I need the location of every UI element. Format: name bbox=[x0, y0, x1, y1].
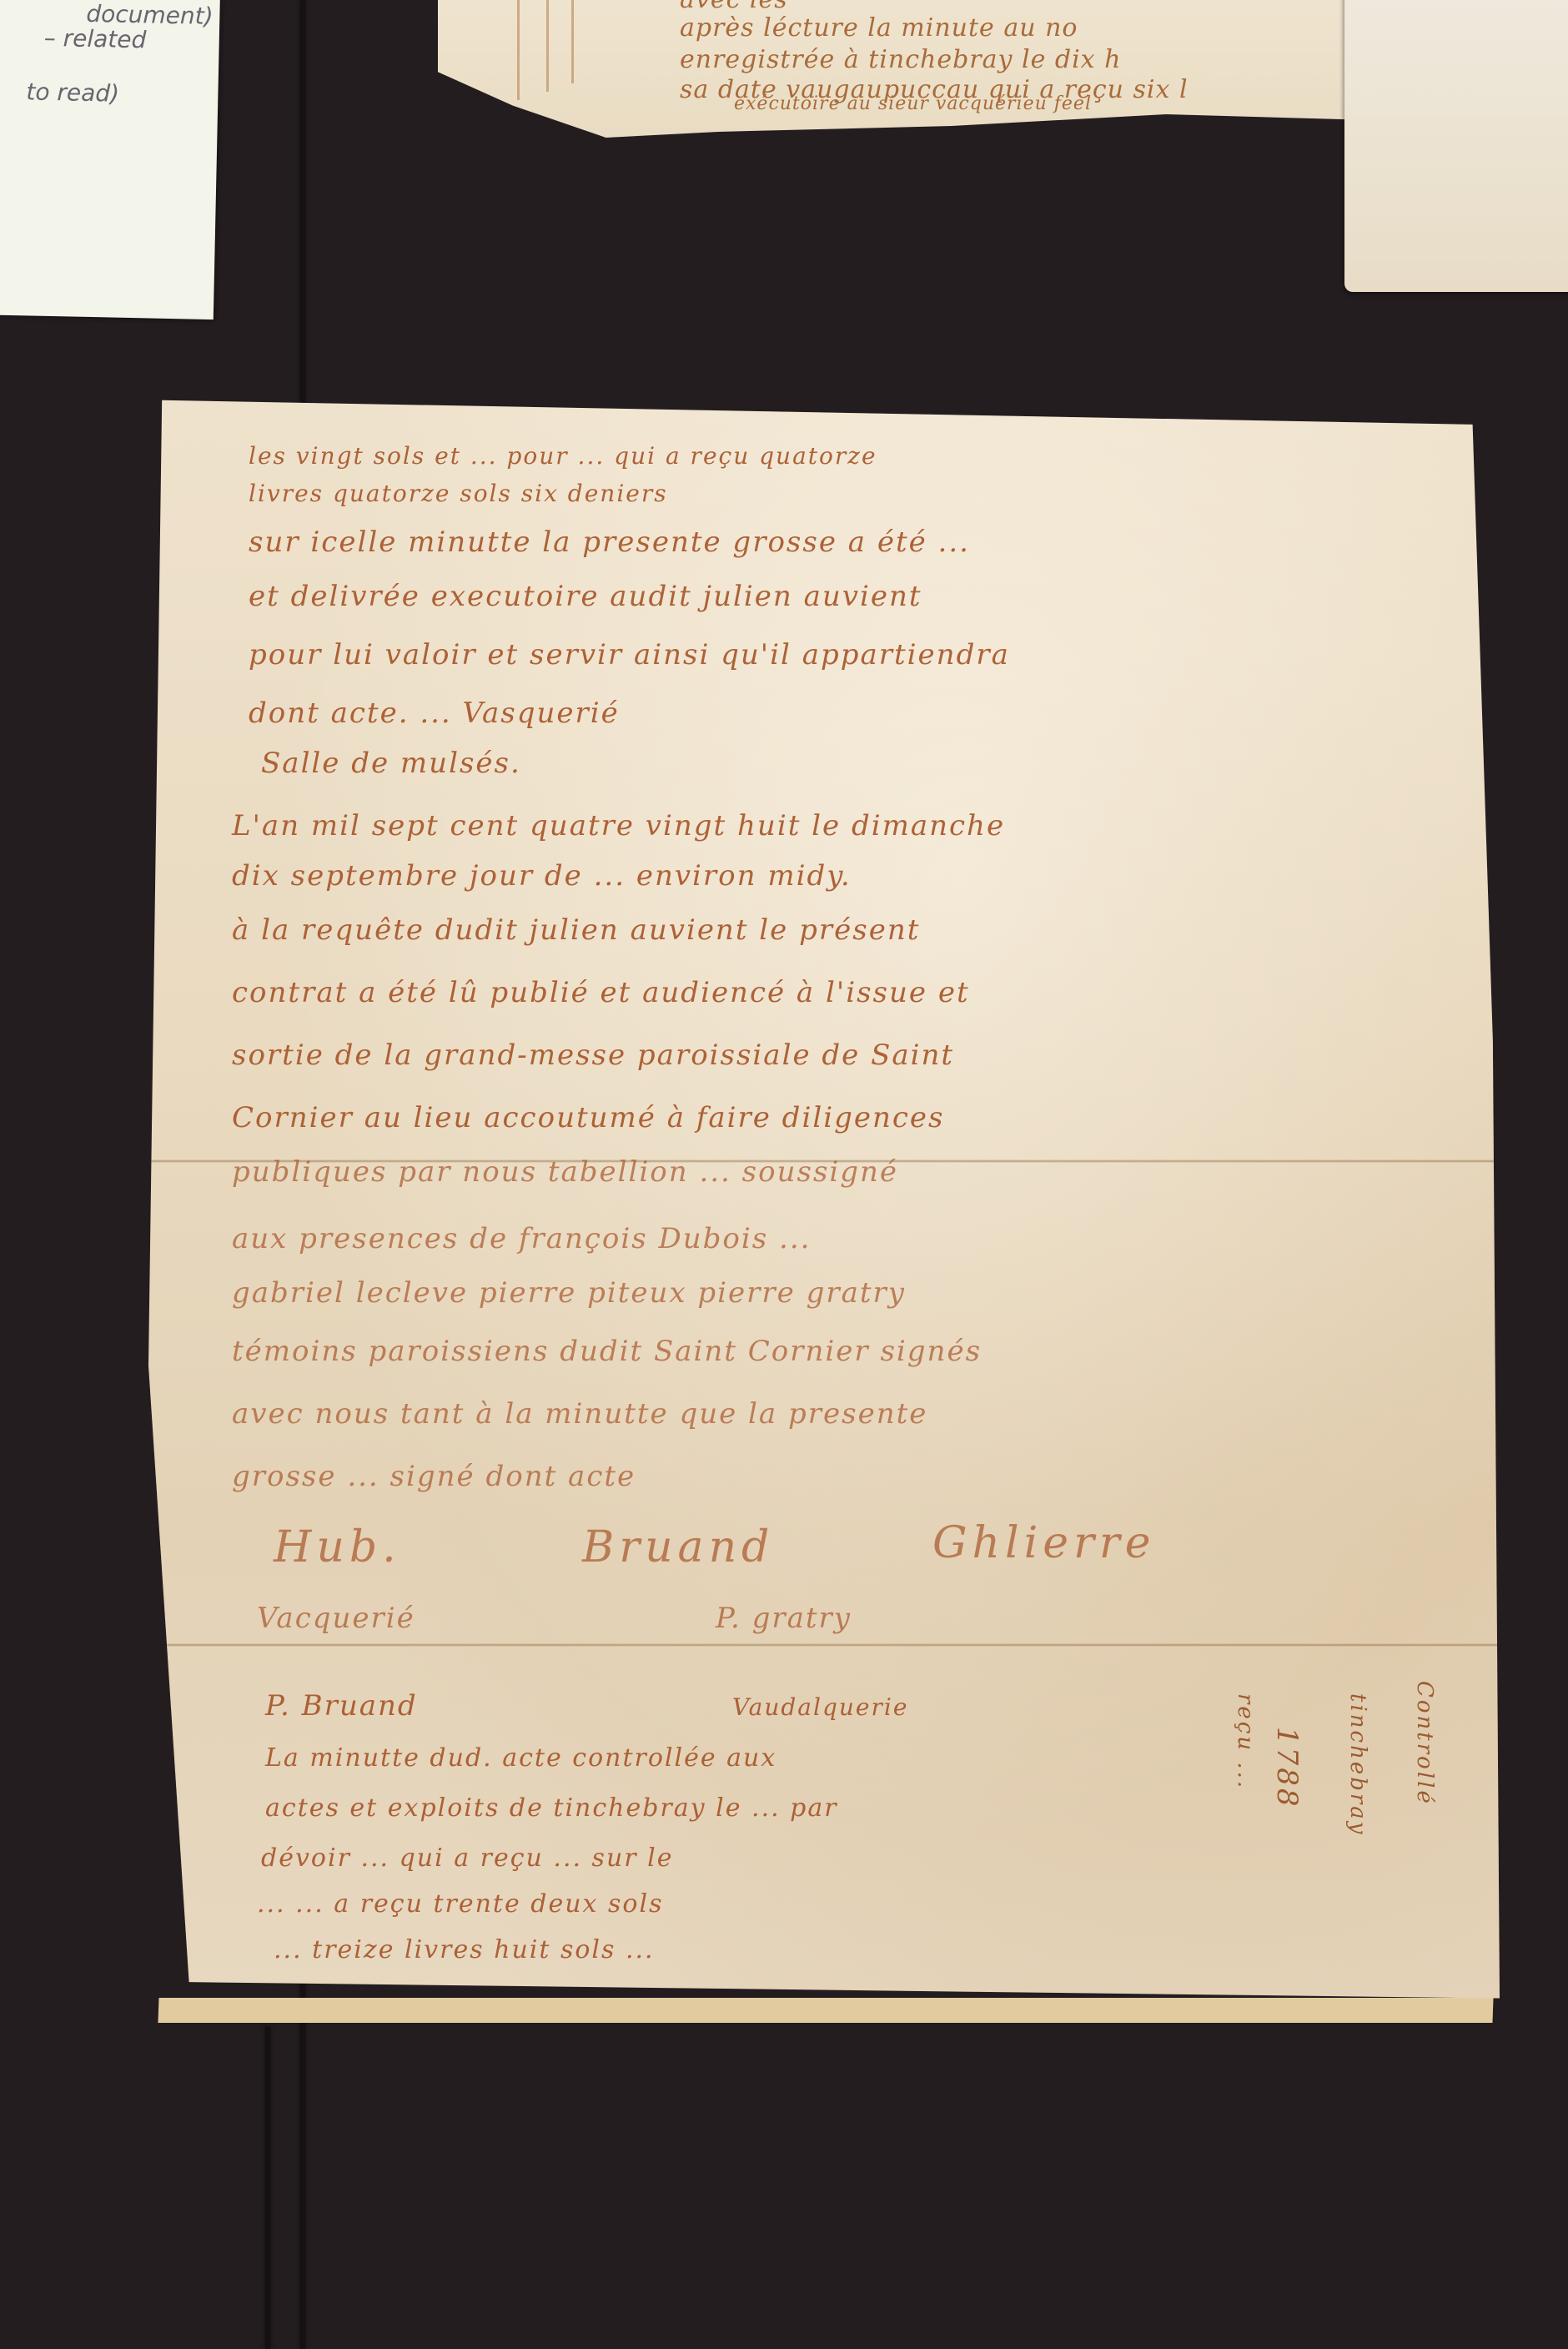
manuscript-line: Salle de mulsés. bbox=[261, 747, 521, 780]
fragment-margin-writing bbox=[571, 0, 574, 83]
sticky-note-line: to read) bbox=[26, 78, 119, 107]
blank-sheet bbox=[1344, 0, 1568, 292]
torn-document-fragment: avec les après lécture la minute au no e… bbox=[438, 0, 1372, 138]
fragment-text-line: exécutoire au sieur vacquérieu feel bbox=[734, 93, 1092, 114]
manuscript-line: La minutte dud. acte controllée aux bbox=[265, 1743, 776, 1773]
margin-note: 1788 bbox=[1270, 1727, 1304, 1809]
sticky-note-line: – related bbox=[43, 24, 146, 54]
signature: Hub. bbox=[274, 1522, 401, 1572]
fold-crease bbox=[148, 1643, 1500, 1647]
manuscript-line: à la requête dudit julien auvient le pré… bbox=[232, 913, 920, 947]
manuscript-line: sur icelle minutte la presente grosse a … bbox=[249, 526, 970, 559]
margin-note: Controllé bbox=[1412, 1681, 1437, 1806]
manuscript-line: pour lui valoir et servir ainsi qu'il ap… bbox=[249, 638, 1010, 672]
signature: Vacquerié bbox=[257, 1602, 415, 1635]
signature: P. Bruand bbox=[265, 1689, 418, 1723]
manuscript-line: ... ... a reçu trente deux sols bbox=[257, 1889, 663, 1919]
manuscript-line: dévoir ... qui a reçu ... sur le bbox=[261, 1843, 674, 1873]
display-panel-seam bbox=[265, 2027, 270, 2349]
fragment-text-line: enregistrée à tinchebray le dix h bbox=[680, 45, 1121, 74]
manuscript-line: L'an mil sept cent quatre vingt huit le … bbox=[232, 809, 1005, 843]
manuscript-line: sortie de la grand-messe paroissiale de … bbox=[232, 1039, 954, 1072]
manuscript-line: témoins paroissiens dudit Saint Cornier … bbox=[232, 1335, 982, 1368]
signature: Ghlierre bbox=[932, 1518, 1156, 1568]
manuscript-line: actes et exploits de tinchebray le ... p… bbox=[265, 1793, 838, 1823]
manuscript-line: publiques par nous tabellion ... soussig… bbox=[232, 1155, 898, 1189]
manuscript-line: contrat a été lû publié et audiencé à l'… bbox=[232, 976, 970, 1009]
manuscript-line: Cornier au lieu accoutumé à faire dilige… bbox=[232, 1101, 944, 1134]
manuscript-line: dix septembre jour de ... environ midy. bbox=[232, 859, 852, 893]
folded-edge bbox=[158, 1998, 1493, 2023]
margin-note: reçu ... bbox=[1233, 1693, 1258, 1790]
margin-note: tinchebray bbox=[1345, 1693, 1370, 1836]
manuscript-line: avec nous tant à la minutte que la prese… bbox=[232, 1397, 927, 1431]
signature: P. gratry bbox=[716, 1602, 852, 1635]
manuscript-line: aux presences de françois Dubois ... bbox=[232, 1222, 811, 1255]
manuscript-line: gabriel lecleve pierre piteux pierre gra… bbox=[232, 1276, 906, 1310]
manuscript-page: les vingt sols et ... pour ... qui a reç… bbox=[148, 392, 1500, 2015]
manuscript-line: et delivrée executoire audit julien auvi… bbox=[249, 580, 922, 613]
fragment-margin-writing bbox=[517, 0, 520, 100]
manuscript-line: les vingt sols et ... pour ... qui a reç… bbox=[249, 442, 877, 470]
manuscript-line: livres quatorze sols six deniers bbox=[249, 480, 668, 507]
manuscript-line: dont acte. ... Vasquerié bbox=[249, 697, 620, 730]
sticky-note: document) – related to read) bbox=[0, 0, 220, 319]
signature: Vaudalquerie bbox=[732, 1693, 908, 1721]
fragment-text-line: avec les bbox=[680, 0, 788, 14]
fragment-margin-writing bbox=[546, 0, 549, 92]
fragment-text-line: après lécture la minute au no bbox=[680, 13, 1078, 43]
manuscript-line: grosse ... signé dont acte bbox=[232, 1460, 636, 1493]
signature: Bruand bbox=[582, 1522, 774, 1572]
manuscript-line: ... treize livres huit sols ... bbox=[274, 1935, 655, 1964]
